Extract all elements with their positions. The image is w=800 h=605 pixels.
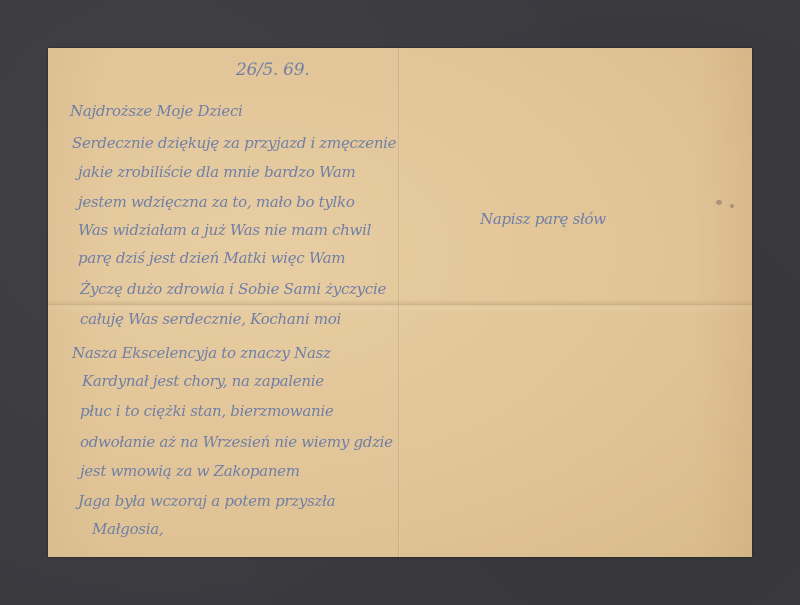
- letter-line: płuc i to ciężki stan, bierzmowanie: [80, 402, 333, 420]
- letter-signature-line: Małgosia,: [92, 520, 163, 538]
- letter-line: Jaga była wczoraj a potem przyszła: [78, 492, 335, 510]
- letter-line: jestem wdzięczna za to, mało bo tylko: [78, 193, 355, 211]
- letter-line: jakie zrobiliście dla mnie bardzo Wam: [78, 163, 355, 181]
- vertical-fold: [398, 48, 400, 557]
- letter-line: Kardynał jest chory, na zapalenie: [82, 372, 324, 390]
- letter-line: parę dziś jest dzień Matki więc Wam: [78, 249, 345, 267]
- ink-smudge: [730, 204, 734, 208]
- letter-line: Najdroższe Moje Dzieci: [70, 102, 243, 120]
- letter-line: jest wmowią za w Zakopanem: [80, 462, 300, 480]
- letter-line: Serdecznie dziękuję za przyjazd i zmęcze…: [72, 134, 396, 152]
- letter-line: Was widziałam a już Was nie mam chwil: [78, 221, 371, 239]
- letter-line: Nasza Ekscelencyja to znaczy Nasz: [72, 344, 331, 362]
- letter-line: całuję Was serdecznie, Kochani moi: [80, 310, 341, 328]
- letter-sheet: 26/5. 69. Najdroższe Moje Dzieci Serdecz…: [48, 48, 752, 557]
- horizontal-fold: [48, 304, 752, 306]
- letter-line: Życzę dużo zdrowia i Sobie Sami życzycie: [80, 280, 386, 298]
- letter-date: 26/5. 69.: [236, 60, 309, 80]
- right-page-note: Napisz parę słów: [480, 210, 606, 228]
- letter-line: odwołanie aż na Wrzesień nie wiemy gdzie: [80, 433, 393, 451]
- ink-smudge: [716, 200, 722, 205]
